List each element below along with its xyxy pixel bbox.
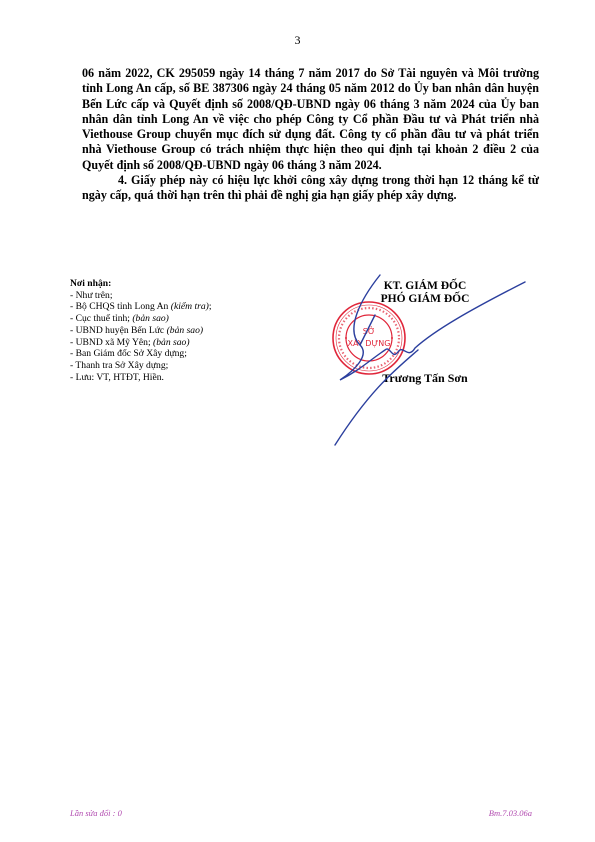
document-body: 06 năm 2022, CK 295059 ngày 14 tháng 7 n… — [82, 66, 539, 204]
page-number: 3 — [0, 33, 595, 48]
paragraph-validity-clause: 4. Giấy phép này có hiệu lực khởi công x… — [82, 173, 539, 204]
recipient-item: - UBND huyện Bến Lức (bản sao) — [70, 325, 310, 337]
recipient-item: - Ban Giám đốc Sở Xây dựng; — [70, 348, 310, 360]
recipients-label: Nơi nhận: — [70, 278, 310, 290]
recipient-item: - Thanh tra Sở Xây dựng; — [70, 360, 310, 372]
recipient-item: - Lưu: VT, HTĐT, Hiền. — [70, 372, 310, 384]
official-seal-icon: SỞ XÂY DỰNG — [329, 300, 409, 376]
recipients-list: Nơi nhận: - Như trên; - Bộ CHQS tỉnh Lon… — [70, 278, 310, 383]
svg-text:SỞ: SỞ — [363, 325, 375, 336]
paragraph-land-documents: 06 năm 2022, CK 295059 ngày 14 tháng 7 n… — [82, 66, 539, 173]
form-code: Bm.7.03.06a — [489, 808, 532, 818]
recipient-item: - Cục thuế tỉnh; (bản sao) — [70, 313, 310, 325]
recipient-item: - Như trên; — [70, 290, 310, 302]
recipient-item: - UBND xã Mỹ Yên; (bản sao) — [70, 337, 310, 349]
revision-label: Lần sửa đổi : 0 — [70, 808, 122, 818]
recipient-item: - Bộ CHQS tỉnh Long An (kiểm tra); — [70, 301, 310, 313]
svg-text:XÂY DỰNG: XÂY DỰNG — [348, 337, 391, 348]
